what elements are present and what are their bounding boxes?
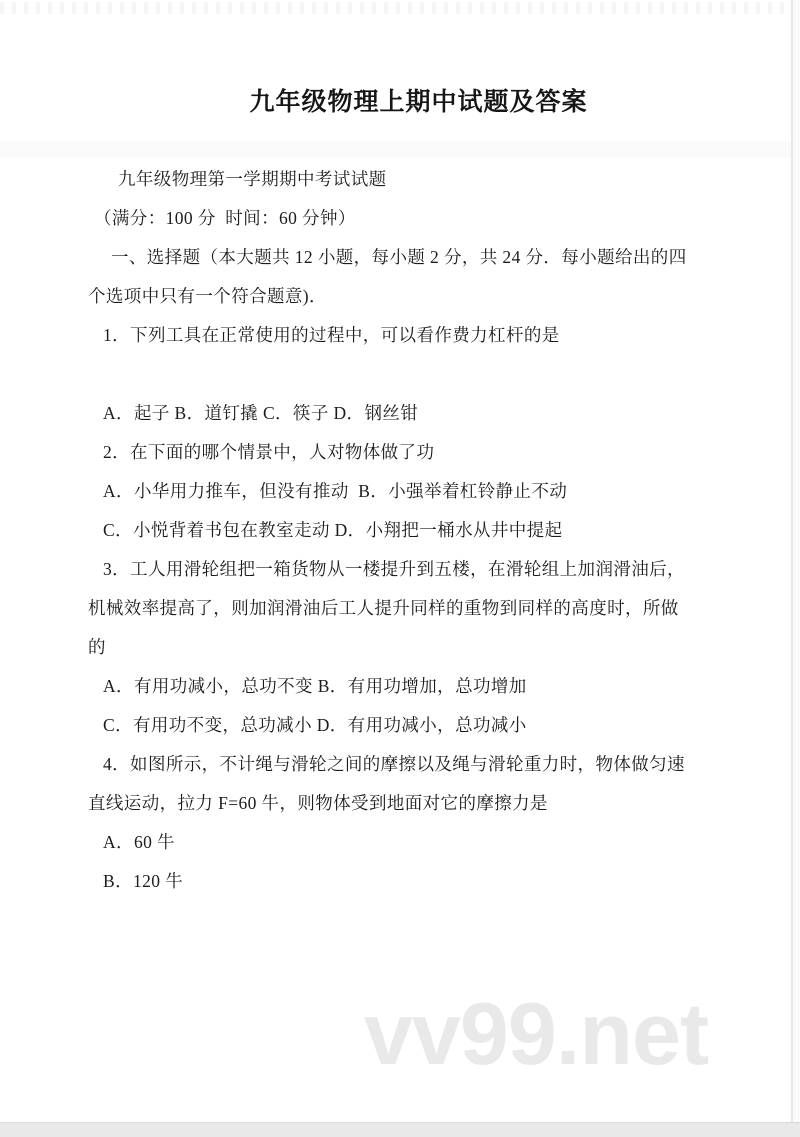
document-line: 3．工人用滑轮组把一箱货物从一楼提升到五楼，在滑轮组上加润滑油后， [88, 550, 793, 589]
document-line: 一、选择题（本大题共 12 小题，每小题 2 分，共 24 分．每小题给出的四 [88, 238, 793, 277]
document-body: 九年级物理第一学期期中考试试题（满分：100 分 时间：60 分钟）一、选择题（… [0, 160, 793, 901]
scan-light-band [0, 141, 791, 157]
document-line: 的 [88, 628, 793, 667]
document-line: B．120 牛 [88, 862, 793, 901]
bottom-bar [0, 1122, 800, 1137]
document-line: 机械效率提高了，则加润滑油后工人提升同样的重物到同样的高度时，所做 [88, 589, 793, 628]
document-line: A．有用功减小，总功不变 B．有用功增加，总功增加 [88, 667, 793, 706]
watermark: vv99.net [364, 990, 708, 1078]
document-line: C．有用功不变，总功减小 D．有用功减小，总功减小 [88, 706, 793, 745]
document-line: A．起子 B．道钉撬 C．筷子 D．钢丝钳 [88, 394, 793, 433]
document-page: 九年级物理上期中试题及答案 九年级物理第一学期期中考试试题（满分：100 分 时… [0, 0, 793, 1123]
scan-tick-strip [0, 2, 791, 14]
document-line: A．小华用力推车，但没有推动 B．小强举着杠铃静止不动 [88, 472, 793, 511]
document-line: C．小悦背着书包在教室走动 D．小翔把一桶水从井中提起 [88, 511, 793, 550]
document-viewer: 九年级物理上期中试题及答案 九年级物理第一学期期中考试试题（满分：100 分 时… [0, 0, 800, 1137]
document-line: 4．如图所示，不计绳与滑轮之间的摩擦以及绳与滑轮重力时，物体做匀速 [88, 745, 793, 784]
page-title: 九年级物理上期中试题及答案 [0, 86, 791, 118]
document-line: 2．在下面的哪个情景中，人对物体做了功 [88, 433, 793, 472]
document-line: 九年级物理第一学期期中考试试题 [88, 160, 793, 199]
document-line: 个选项中只有一个符合题意)． [88, 277, 793, 316]
document-line: 1．下列工具在正常使用的过程中，可以看作费力杠杆的是 [88, 316, 793, 355]
document-line: A．60 牛 [88, 823, 793, 862]
document-line: （满分：100 分 时间：60 分钟） [88, 199, 793, 238]
document-line: 直线运动，拉力 F=60 牛，则物体受到地面对它的摩擦力是 [88, 784, 793, 823]
document-line [88, 355, 793, 394]
